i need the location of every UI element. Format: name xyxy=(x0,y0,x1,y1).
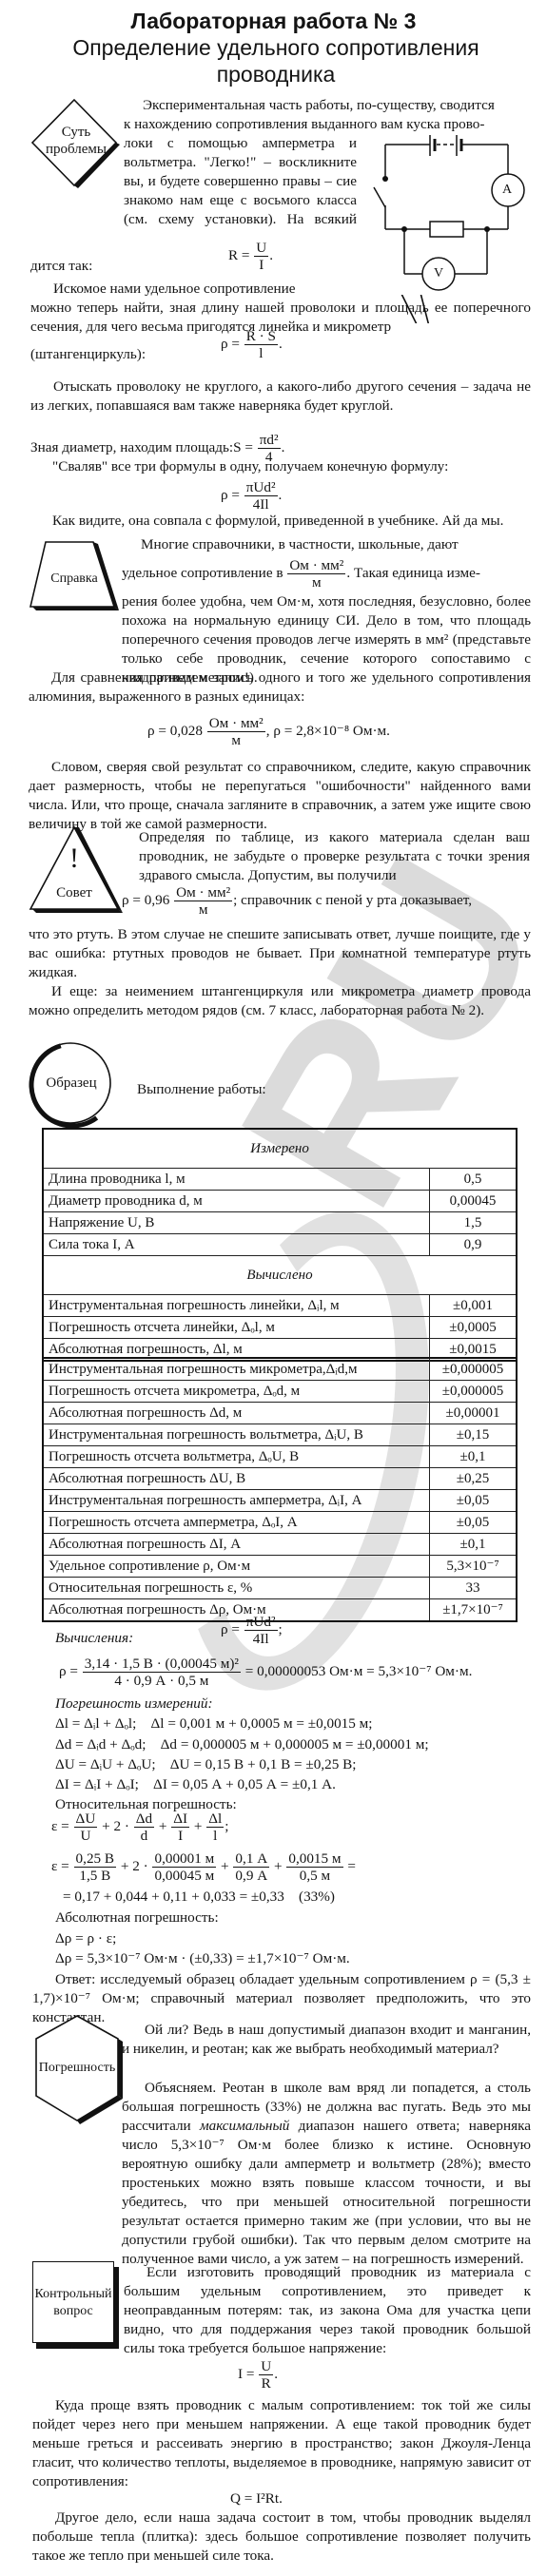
reference-line-2: удельное сопротивление в Ом · мм²м. Така… xyxy=(122,557,480,591)
circuit-schematic xyxy=(361,133,547,295)
intro-line-1: Экспериментальная часть работы, по-сущес… xyxy=(126,96,530,115)
row-value: 0,5 xyxy=(430,1169,518,1191)
eps-formula: ε = ΔUU + 2 · Δdd + ΔII + Δll; xyxy=(51,1811,228,1844)
row-label: Сила тока I, А xyxy=(43,1234,430,1256)
advice-rest: что это ртуть. В этом случае не спешите … xyxy=(29,925,531,982)
abs-error-label: Абсолютная погрешность: xyxy=(55,1908,219,1927)
reference-label: Справка xyxy=(38,571,110,588)
error-p1: Ой ли? Ведь в наш допустимый диапазон вх… xyxy=(122,2021,531,2080)
row-value: ±0,05 xyxy=(430,1512,518,1534)
table-row: Инструментальная погрешность линейки, Δᵢ… xyxy=(43,1295,517,1317)
table-row: Инструментальная погрешность микрометра,… xyxy=(43,1358,517,1381)
eps-result: = 0,17 + 0,044 + 0,11 + 0,033 = ±0,33 (3… xyxy=(63,1888,335,1907)
advice-triangle-icon: ! Совет xyxy=(27,825,127,917)
sample-heading: Выполнение работы: xyxy=(137,1080,266,1099)
row-label: Абсолютная погрешность ΔU, В xyxy=(43,1468,430,1490)
control-label: Контрольный вопрос xyxy=(32,2286,114,2320)
table-row: Удельное сопротивление ρ, Ом·м5,3×10⁻⁷ xyxy=(43,1556,517,1578)
table-row: Погрешность отсчета вольтметра, ΔₒU, В±0… xyxy=(43,1446,517,1468)
table-row: Погрешность отсчета микрометра, Δₒd, м±0… xyxy=(43,1381,517,1403)
row-value: 0,00045 xyxy=(430,1191,518,1212)
row-value: 1,5 xyxy=(430,1212,518,1234)
table-row: Инструментальная погрешность амперметра,… xyxy=(43,1490,517,1512)
row-label: Погрешность отсчета вольтметра, ΔₒU, В xyxy=(43,1446,430,1468)
table-row: Абсолютная погрешность ΔI, А±0,1 xyxy=(43,1534,517,1556)
calc-label: Вычисления: xyxy=(55,1629,133,1648)
formula-Q: Q = I²Rt. xyxy=(230,2489,283,2508)
advice-label: Совет xyxy=(27,884,122,901)
row-label: Инструментальная погрешность микрометра,… xyxy=(43,1358,430,1381)
row-value: ±1,7×10⁻⁷ xyxy=(430,1599,518,1622)
abs-error-value: Δρ = 5,3×10⁻⁷ Ом·м · (±0,33) = ±1,7×10⁻⁷… xyxy=(55,1949,350,1968)
intro-tail: дится так: xyxy=(30,257,92,276)
table-row: Погрешность отсчета амперметра, ΔₒI, А±0… xyxy=(43,1512,517,1534)
row-value: 0,9 xyxy=(430,1234,518,1256)
p6-text: Как видите, она совпала с формулой, прив… xyxy=(52,512,503,531)
row-value: 5,3×10⁻⁷ xyxy=(430,1556,518,1578)
formula-rho-RS: ρ = R · Sl. xyxy=(221,328,283,361)
eps-values: ε = 0,25 В1,5 В + 2 · 0,00001 м0,00045 м… xyxy=(51,1850,356,1884)
table-section-header: Измерено xyxy=(43,1129,517,1169)
table-row: Напряжение U, В1,5 xyxy=(43,1212,517,1234)
formula-R: R = UI. xyxy=(228,240,273,273)
page-subtitle: Определение удельного сопротивления пров… xyxy=(38,34,514,87)
calc-formula-1: ρ = πUd²4Il; xyxy=(221,1614,283,1647)
sample-circle-icon: Образец xyxy=(29,1041,119,1132)
control-p2: Куда проще взять проводник с малым сопро… xyxy=(32,2396,531,2491)
err-eq-U: ΔU = ΔᵢU + ΔₒU; ΔU = 0,15 В + 0,1 В = ±0… xyxy=(55,1755,356,1774)
table-row: Сила тока I, А0,9 xyxy=(43,1234,517,1256)
row-label: Диаметр проводника d, м xyxy=(43,1191,430,1212)
advice-mark: ! xyxy=(27,844,122,873)
error-p2: Объясняем. Реотан в школе вам вряд ли по… xyxy=(32,2079,531,2269)
row-label: Инструментальная погрешность вольтметра,… xyxy=(43,1424,430,1446)
control-p1: Если изготовить проводящий проводник из … xyxy=(124,2263,531,2358)
err-eq-d: Δd = Δᵢd + Δₒd; Δd = 0,000005 м + 0,0000… xyxy=(55,1735,429,1754)
voltmeter-label: V xyxy=(434,264,443,283)
row-label: Напряжение U, В xyxy=(43,1212,430,1234)
p2-start: Искомое нами удельное сопротивление xyxy=(30,280,357,299)
row-label: Удельное сопротивление ρ, Ом·м xyxy=(43,1556,430,1578)
row-label: Абсолютная погрешность ΔI, А xyxy=(43,1534,430,1556)
row-value: ±0,0005 xyxy=(430,1317,518,1339)
calc-formula-2: ρ = 3,14 · 1,5 В · (0,00045 м)²4 · 0,9 А… xyxy=(59,1656,472,1689)
row-value: ±0,00001 xyxy=(430,1403,518,1424)
row-label: Абсолютная погрешность Δd, м xyxy=(43,1403,430,1424)
error-label: Погрешность xyxy=(32,2060,122,2077)
error-calc-label: Погрешность измерений: xyxy=(55,1695,213,1714)
formula-final: ρ = πUd²4Il. xyxy=(221,479,282,513)
row-label: Относительная погрешность ε, % xyxy=(43,1578,430,1599)
row-label: Погрешность отсчета линейки, Δₒl, м xyxy=(43,1317,430,1339)
measurements-table: ИзмереноДлина проводника l, м0,5Диаметр … xyxy=(42,1128,518,1362)
table-row: Инструментальная погрешность вольтметра,… xyxy=(43,1424,517,1446)
p5-text: "Сваляв" все три формулы в одну, получае… xyxy=(52,457,448,476)
advice-text: Определяя по таблице, из какого материал… xyxy=(122,828,530,885)
row-label: Погрешность отсчета микрометра, Δₒd, м xyxy=(43,1381,430,1403)
err-eq-I: ΔI = ΔᵢI + ΔₒI; ΔI = 0,05 А + 0,05 А = ±… xyxy=(55,1775,336,1794)
formula-I: I = UR. xyxy=(238,2358,278,2392)
intro-text: локи с помощью амперметра и вольтметра. … xyxy=(30,134,357,229)
table-row: Абсолютная погрешность ΔU, В±0,25 xyxy=(43,1468,517,1490)
row-value: 33 xyxy=(430,1578,518,1599)
row-label: Длина проводника l, м xyxy=(43,1169,430,1191)
errors-table: Инструментальная погрешность микрометра,… xyxy=(42,1357,518,1622)
p3-text: Отыскать проволоку не круглого, а какого… xyxy=(30,378,531,416)
intro-line-2: к нахождению сопротивления выданного вам… xyxy=(124,115,530,134)
table-row: Длина проводника l, м0,5 xyxy=(43,1169,517,1191)
row-value: ±0,000005 xyxy=(430,1381,518,1403)
table-row: Абсолютная погрешность Δd, м±0,00001 xyxy=(43,1403,517,1424)
advice-formula: ρ = 0,96 Ом · мм²м; справочник с пеной у… xyxy=(122,884,472,918)
row-value: ±0,1 xyxy=(430,1534,518,1556)
abs-error-formula: Δρ = ρ · ε; xyxy=(55,1929,116,1948)
row-value: ±0,05 xyxy=(430,1490,518,1512)
table-section-header: Вычислено xyxy=(43,1256,517,1295)
reference-line-1: Многие справочники, в частности, школьны… xyxy=(124,535,530,554)
row-value: ±0,15 xyxy=(430,1424,518,1446)
row-value: ±0,25 xyxy=(430,1468,518,1490)
row-value: ±0,000005 xyxy=(430,1358,518,1381)
advice-p2: И еще: за неимением штангенциркуля или м… xyxy=(29,982,531,1020)
table-row: Погрешность отсчета линейки, Δₒl, м±0,00… xyxy=(43,1317,517,1339)
sample-label: Образец xyxy=(29,1075,114,1092)
reference-p2: Для сравнения приведем запись одного и т… xyxy=(29,668,531,707)
control-p3: Другое дело, если наша задача состоит в … xyxy=(32,2508,531,2566)
row-value: ±0,1 xyxy=(430,1446,518,1468)
table-row: Диаметр проводника d, м0,00045 xyxy=(43,1191,517,1212)
err-eq-l: Δl = Δᵢl + Δₒl; Δl = 0,001 м + 0,0005 м … xyxy=(55,1714,373,1733)
row-value: ±0,001 xyxy=(430,1295,518,1317)
row-label: Погрешность отсчета амперметра, ΔₒI, А xyxy=(43,1512,430,1534)
p2-tail: (штангенциркуль): xyxy=(30,345,146,364)
ammeter-label: A xyxy=(502,181,512,200)
aluminium-formula: ρ = 0,028 Ом · мм²м, ρ = 2,8×10⁻⁸ Ом·м. xyxy=(147,715,390,748)
section-header: Вычислено xyxy=(43,1256,517,1295)
row-label: Инструментальная погрешность амперметра,… xyxy=(43,1490,430,1512)
reference-p3: Словом, сверяя свой результат со справоч… xyxy=(29,758,531,834)
row-label: Инструментальная погрешность линейки, Δᵢ… xyxy=(43,1295,430,1317)
control-question-box-icon: Контрольный вопрос xyxy=(32,2261,123,2351)
section-header: Измерено xyxy=(43,1129,517,1169)
table-row: Относительная погрешность ε, %33 xyxy=(43,1578,517,1599)
page-title: Лабораторная работа № 3 xyxy=(0,8,547,34)
